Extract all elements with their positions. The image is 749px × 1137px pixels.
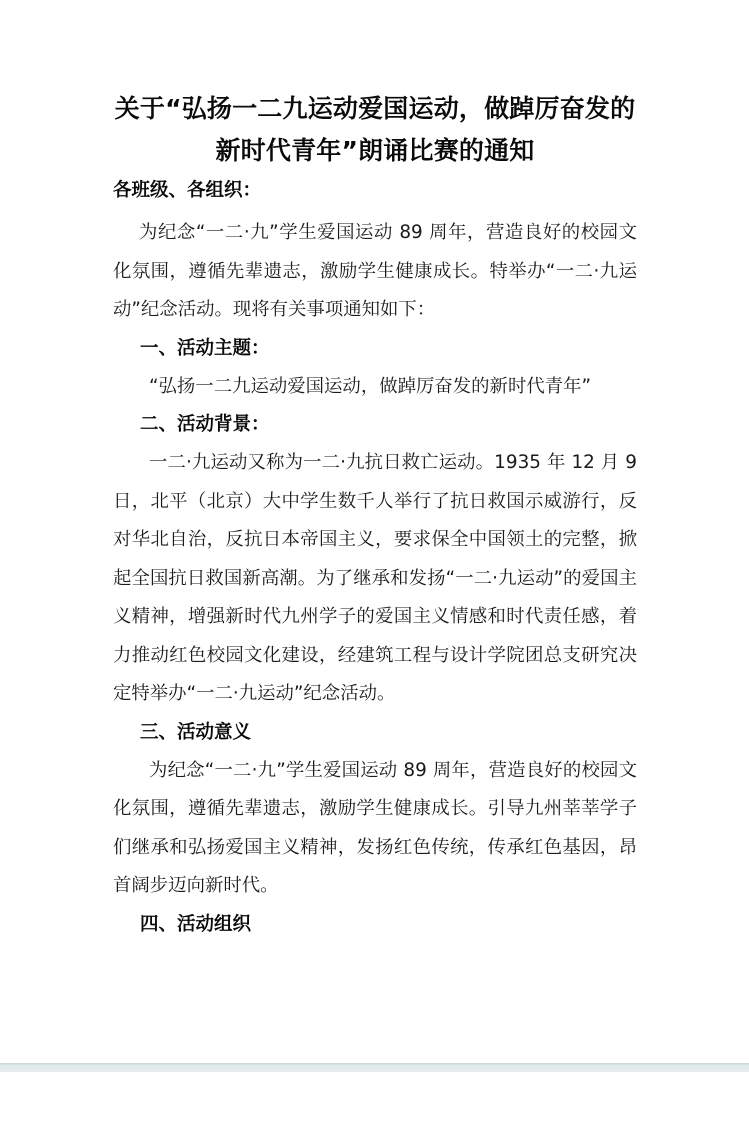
section-heading-theme: 一、活动主题： [113, 330, 637, 368]
section-body-background: 一二·九运动又称为一二·九抗日救亡运动。1935 年 12 月 9 日，北平（北… [113, 444, 637, 714]
document-title: 关于“弘扬一二九运动爱国运动，做踔厉奋发的 新时代青年”朗诵比赛的通知 [113, 88, 637, 172]
document-page: 关于“弘扬一二九运动爱国运动，做踔厉奋发的 新时代青年”朗诵比赛的通知 各班级、… [113, 88, 637, 944]
section-heading-significance: 三、活动意义 [113, 714, 637, 752]
section-body-significance: 为纪念“一二·九”学生爱国运动 89 周年，营造良好的校园文化氛围，遵循先辈遗志… [113, 752, 637, 906]
page-divider-bar [0, 1063, 749, 1072]
section-body-theme: “弘扬一二九运动爱国运动，做踔厉奋发的新时代青年” [113, 368, 637, 407]
section-heading-organization: 四、活动组织 [113, 906, 637, 944]
title-line-1: 关于“弘扬一二九运动爱国运动，做踔厉奋发的 [113, 88, 637, 130]
salutation: 各班级、各组织： [113, 176, 637, 206]
intro-paragraph: 为纪念“一二·九”学生爱国运动 89 周年，营造良好的校园文化氛围，遵循先辈遗志… [113, 214, 637, 330]
title-line-2: 新时代青年”朗诵比赛的通知 [113, 130, 637, 172]
section-heading-background: 二、活动背景： [113, 406, 637, 444]
